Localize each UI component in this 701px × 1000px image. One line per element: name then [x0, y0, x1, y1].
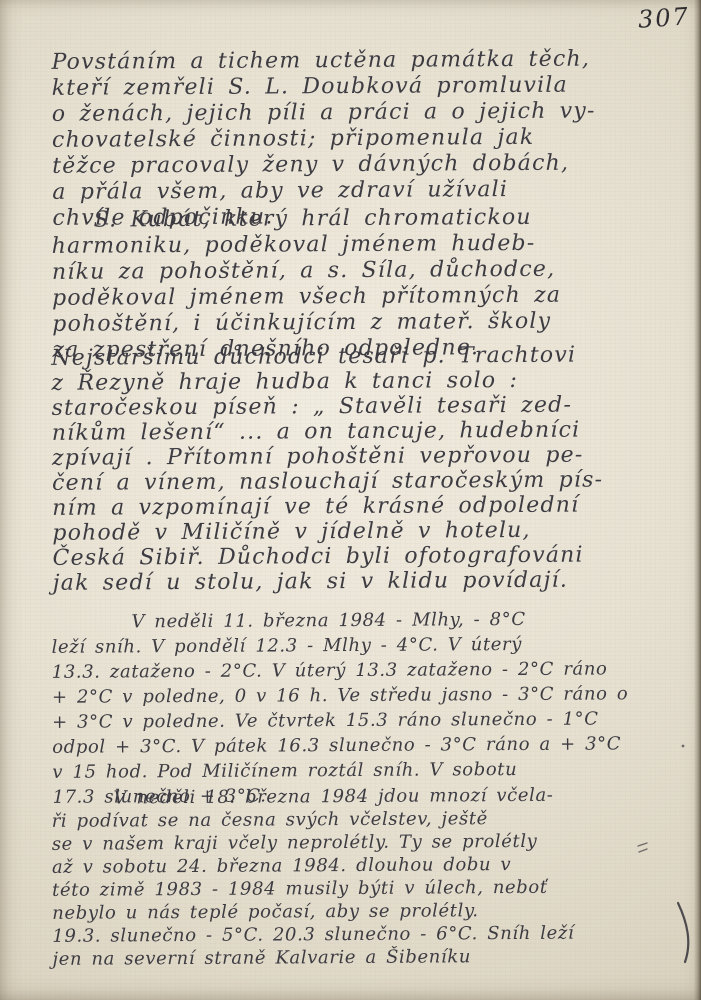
- paragraph-weather-week-march: V neděli 11. března 1984 - Mlhy, - 8°Cle…: [51, 606, 652, 810]
- handwritten-line: jak sedí u stolu, jak si v klidu povídaj…: [53, 567, 653, 596]
- handwritten-line: Povstáním a tichem uctěna památka těch,: [51, 46, 651, 76]
- handwritten-line: těžce pracovaly ženy v dávných dobách,: [52, 150, 652, 180]
- handwritten-line: níkům lešení“ ... a on tancuje, hudebníc…: [52, 417, 652, 446]
- handwritten-line: o ženách, jejich píli a práci a o jejich…: [52, 98, 652, 128]
- handwritten-line: S. Kubát, který hrál chromatickou: [52, 204, 652, 234]
- handwritten-line: 19.3. slunečno - 5°C. 20.3 slunečno - 6°…: [52, 921, 652, 948]
- handwritten-line: poděkoval jménem všech přítomných za: [52, 282, 652, 312]
- paragraph-oldest-pensioner: Nejstaršímu důchodci tesaři p. Trachtovi…: [51, 342, 653, 596]
- handwritten-line: Česká Sibiř. Důchodci byli ofotografován…: [52, 542, 652, 571]
- handwritten-line: + 2°C v poledne, 0 v 16 h. Ve středu jas…: [52, 681, 652, 710]
- chronicle-page: 307 Povstáním a tichem uctěna památka tě…: [0, 0, 701, 1000]
- handwritten-line: harmoniku, poděkoval jménem hudeb-: [52, 230, 652, 260]
- handwritten-line: chovatelské činnosti; připomenula jak: [52, 124, 652, 154]
- photo-edge-shadow: [694, 0, 701, 1000]
- handwritten-line: V neděli 11. března 1984 - Mlhy, - 8°C: [51, 606, 651, 635]
- handwritten-line: v 15 hod. Pod Miličínem roztál sníh. V s…: [52, 756, 652, 785]
- paragraph-musicians-thanks: S. Kubát, který hrál chromatickouharmoni…: [52, 204, 653, 364]
- handwritten-line: níku za pohoštění, a s. Síla, důchodce,: [52, 256, 652, 286]
- pen-stroke-mark: [678, 903, 688, 962]
- handwritten-line: odpol + 3°C. V pátek 16.3 slunečno - 3°C…: [52, 731, 652, 760]
- paragraph-beekeepers-weather: V neděli 18. března 1984 jdou mnozí včel…: [51, 783, 652, 971]
- handwritten-line: pohoštění, i účinkujícím z mateř. školy: [52, 308, 652, 338]
- handwritten-line: z Řezyně hraje hudba k tanci solo :: [51, 367, 651, 396]
- page-number: 307: [637, 2, 691, 34]
- handwritten-line: kteří zemřeli S. L. Doubková promluvila: [52, 72, 652, 102]
- handwritten-line: a přála všem, aby ve zdraví užívali: [52, 176, 652, 206]
- handwritten-line: čení a vínem, naslouchají staročeským pí…: [52, 467, 652, 496]
- handwritten-line: ním a vzpomínají ve té krásné odpolední: [52, 492, 652, 521]
- handwritten-line: leží sníh. V pondělí 12.3 - Mlhy - 4°C. …: [52, 631, 652, 660]
- handwritten-line: 13.3. zataženo - 2°C. V úterý 13.3 zataž…: [52, 656, 652, 685]
- handwritten-line: + 3°C v poledne. Ve čtvrtek 15.3 ráno sl…: [52, 706, 652, 735]
- handwritten-line: pohodě v Miličíně v jídelně v hotelu,: [52, 517, 652, 546]
- handwritten-line: staročeskou píseň : „ Stavěli tesaři zed…: [52, 392, 652, 421]
- ink-dot-mark: [682, 745, 685, 748]
- handwritten-line: jen na severní straně Kalvarie a Šibeník…: [52, 944, 652, 971]
- handwritten-line: Nejstaršímu důchodci tesaři p. Trachtovi: [51, 342, 651, 371]
- handwritten-line: zpívají . Přítomní pohoštěni vepřovou pe…: [52, 442, 652, 471]
